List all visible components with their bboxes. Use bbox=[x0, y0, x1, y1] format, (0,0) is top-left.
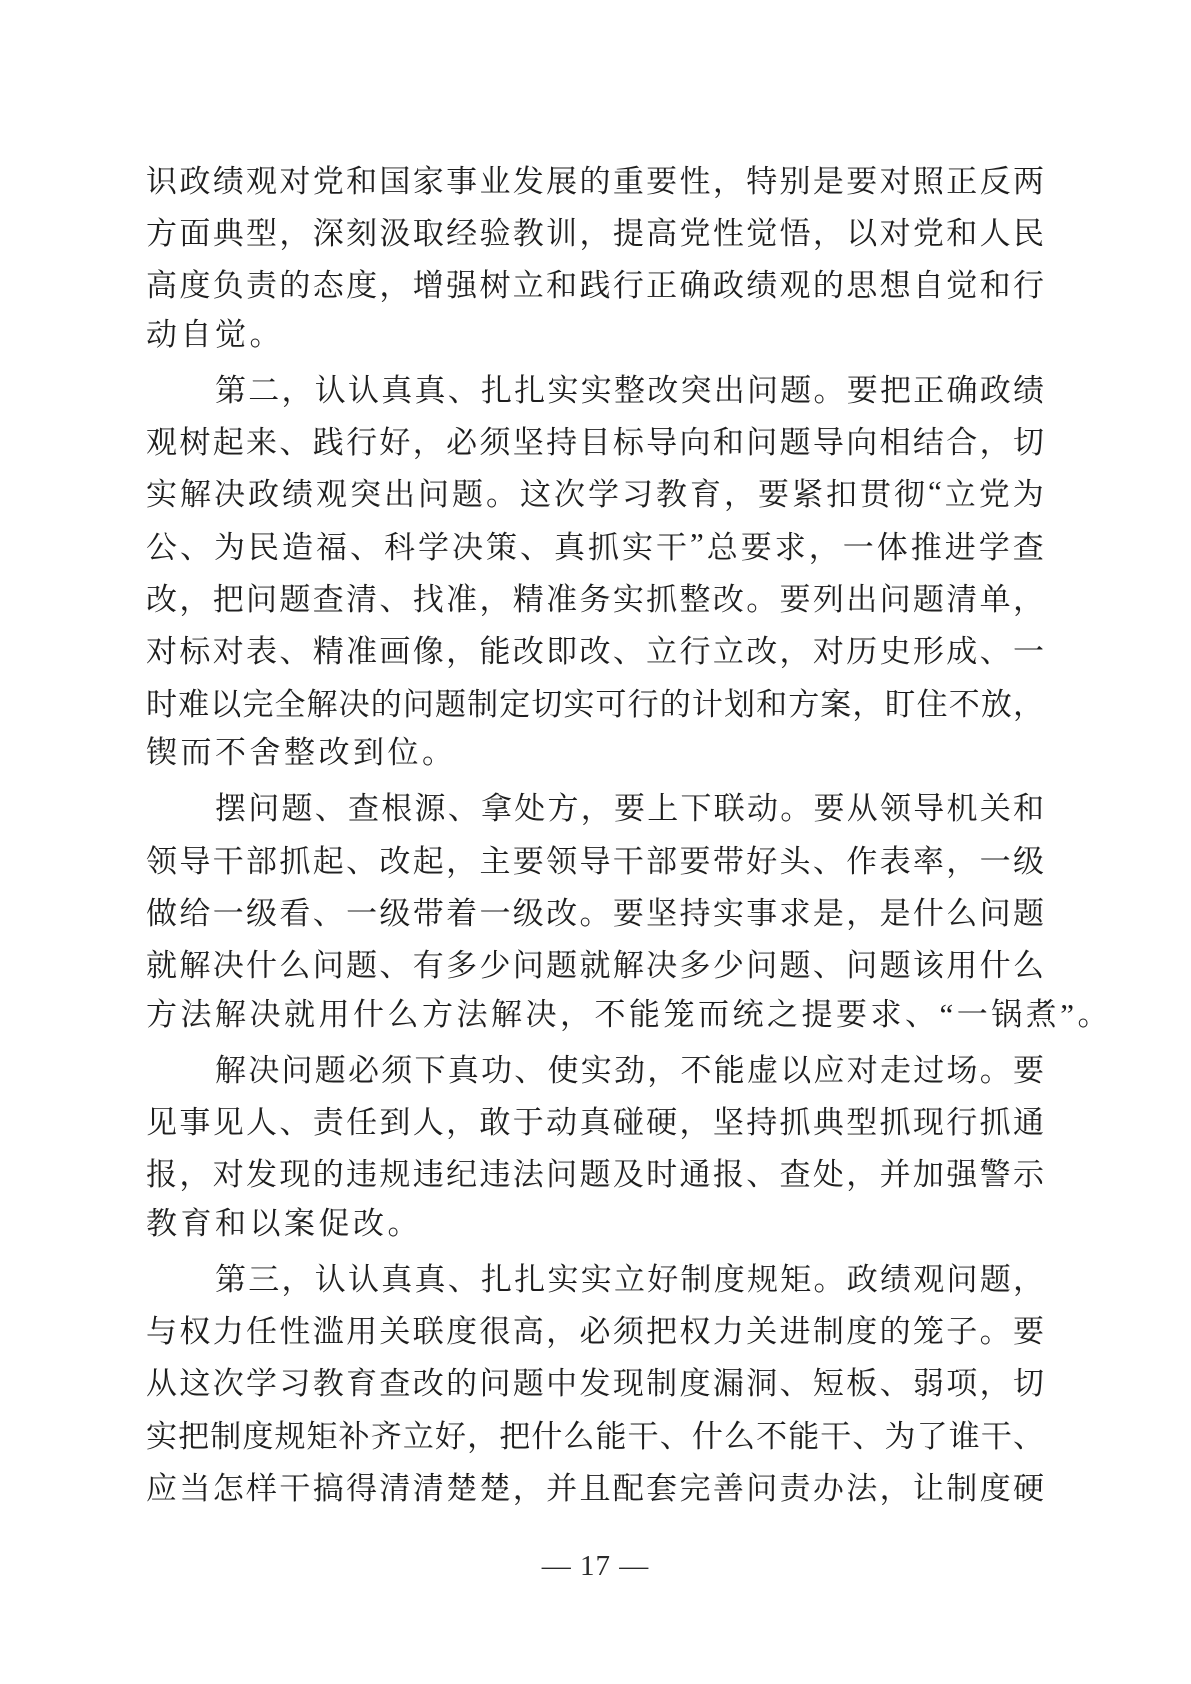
text-line: 对标对表、精准画像，能改即改、立行立改，对历史形成、一 bbox=[146, 623, 1044, 675]
text-line: 解决问题必须下真功、使实劲，不能虚以应对走过场。要 bbox=[146, 1041, 1044, 1093]
text-line: 改，把问题查清、找准，精准务实抓整改。要列出问题清单， bbox=[146, 570, 1044, 622]
text-line: 就解决什么问题、有多少问题就解决多少问题、问题该用什么 bbox=[146, 936, 1044, 988]
paragraph: 摆问题、查根源、拿处方，要上下联动。要从领导机关和领导干部抓起、改起，主要领导干… bbox=[146, 780, 1044, 1041]
text-line: 识政绩观对党和国家事业发展的重要性，特别是要对照正反两 bbox=[146, 152, 1044, 204]
paragraph: 解决问题必须下真功、使实劲，不能虚以应对走过场。要见事见人、责任到人，敢于动真碰… bbox=[146, 1041, 1044, 1250]
text-line: 报，对发现的违规违纪违法问题及时通报、查处，并加强警示 bbox=[146, 1146, 1044, 1198]
text-line: 时难以完全解决的问题制定切实可行的计划和方案，盯住不放， bbox=[146, 675, 1044, 727]
text-line: 与权力任性滥用关联度很高，必须把权力关进制度的笼子。要 bbox=[146, 1303, 1044, 1355]
text-line: 领导干部抓起、改起，主要领导干部要带好头、作表率，一级 bbox=[146, 832, 1044, 884]
text-line: 第三，认认真真、扎扎实实立好制度规矩。政绩观问题， bbox=[146, 1250, 1044, 1302]
page-number: — 17 — bbox=[0, 1548, 1191, 1584]
text-line: 观树起来、践行好，必须坚持目标导向和问题导向相结合，切 bbox=[146, 413, 1044, 465]
paragraph: 第三，认认真真、扎扎实实立好制度规矩。政绩观问题，与权力任性滥用关联度很高，必须… bbox=[146, 1250, 1044, 1511]
text-line: 见事见人、责任到人，敢于动真碰硬，坚持抓典型抓现行抓通 bbox=[146, 1093, 1044, 1145]
text-line: 实解决政绩观突出问题。这次学习教育，要紧扣贯彻“立党为 bbox=[146, 466, 1044, 518]
text-line: 教育和以案促改。 bbox=[146, 1198, 1044, 1250]
text-line: 做给一级看、一级带着一级改。要坚持实事求是，是什么问题 bbox=[146, 884, 1044, 936]
text-line: 动自觉。 bbox=[146, 309, 1044, 361]
text-line: 高度负责的态度，增强树立和践行正确政绩观的思想自觉和行 bbox=[146, 257, 1044, 309]
text-line: 从这次学习教育查改的问题中发现制度漏洞、短板、弱项，切 bbox=[146, 1355, 1044, 1407]
paragraph: 识政绩观对党和国家事业发展的重要性，特别是要对照正反两方面典型，深刻汲取经验教训… bbox=[146, 152, 1044, 361]
text-line: 应当怎样干搞得清清楚楚，并且配套完善问责办法，让制度硬 bbox=[146, 1459, 1044, 1511]
text-line: 实把制度规矩补齐立好，把什么能干、什么不能干、为了谁干、 bbox=[146, 1407, 1044, 1459]
text-line: 第二，认认真真、扎扎实实整改突出问题。要把正确政绩 bbox=[146, 361, 1044, 413]
text-line: 公、为民造福、科学决策、真抓实干”总要求，一体推进学查 bbox=[146, 518, 1044, 570]
document-page: 识政绩观对党和国家事业发展的重要性，特别是要对照正反两方面典型，深刻汲取经验教训… bbox=[0, 0, 1191, 1684]
text-line: 方法解决就用什么方法解决，不能笼而统之提要求、“一锅煮”。 bbox=[146, 989, 1044, 1041]
paragraph: 第二，认认真真、扎扎实实整改突出问题。要把正确政绩观树起来、践行好，必须坚持目标… bbox=[146, 361, 1044, 779]
text-line: 锲而不舍整改到位。 bbox=[146, 727, 1044, 779]
document-text: 识政绩观对党和国家事业发展的重要性，特别是要对照正反两方面典型，深刻汲取经验教训… bbox=[146, 152, 1044, 1512]
text-line: 方面典型，深刻汲取经验教训，提高党性觉悟，以对党和人民 bbox=[146, 204, 1044, 256]
text-line: 摆问题、查根源、拿处方，要上下联动。要从领导机关和 bbox=[146, 780, 1044, 832]
